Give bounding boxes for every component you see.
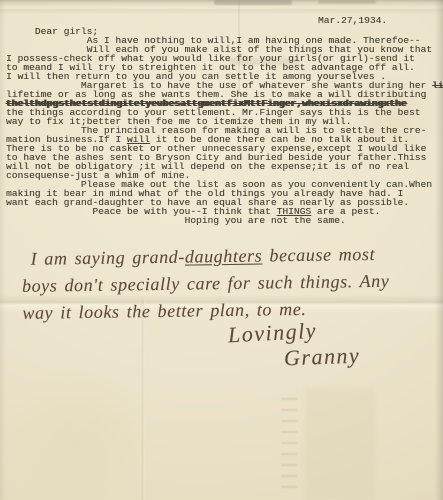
handwritten-note: I am saying grand-daughters because most… <box>21 240 436 327</box>
emphasized-text: li <box>432 80 443 91</box>
letter-date: Mar.27,1934. <box>318 16 387 25</box>
text-segment: way it looks the better plan, to me. <box>22 299 306 323</box>
showthrough-mark <box>318 0 376 4</box>
showthrough-mark <box>214 0 292 5</box>
text-segment: because most <box>262 244 375 266</box>
text-segment: boys don't specially care for such thing… <box>22 271 390 296</box>
emphasized-text: daughters <box>185 246 263 267</box>
showthrough-column <box>281 398 297 490</box>
typed-line: Hoping you are not the same. <box>6 216 442 225</box>
text-segment: I am saying grand- <box>30 247 185 269</box>
showthrough-band <box>305 388 375 500</box>
signature-name: Granny <box>284 343 361 372</box>
fold-crease-vertical <box>142 300 145 500</box>
letter-scan: Mar.27,1934. Dear girls;As I have nothin… <box>0 0 443 500</box>
text-segment: Hoping you are not the same. <box>184 215 345 226</box>
handwritten-line: boys don't specially care for such thing… <box>22 267 436 300</box>
typed-body: Dear girls;As I have nothing to will,I a… <box>6 27 442 225</box>
